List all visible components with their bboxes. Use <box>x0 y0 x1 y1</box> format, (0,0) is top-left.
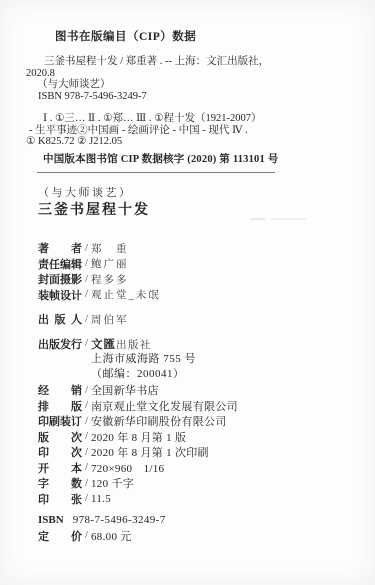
colophon-page: 图书在版编目（CIP）数据 三釜书屋程十发 / 郑重著 . -- 上海：文汇出版… <box>0 0 375 585</box>
row-value: 程多多 <box>91 272 129 287</box>
row-isbn: ISBN 978-7-5496-3249-7 <box>38 513 357 529</box>
cip-record: 三釜书屋程十发 / 郑重著 . -- 上海：文汇出版社， 2020.8 （与大师… <box>38 56 357 102</box>
scan-artifact <box>250 218 306 220</box>
row-word-count: 字数 / 120 千字 <box>38 476 357 492</box>
row-label: 出版人 <box>38 311 82 327</box>
row-typesetting: 排版 / 南京观止堂文化发展有限公司 <box>38 398 357 414</box>
cip-class-line: ① K825.72 ② J212.05 <box>26 136 357 148</box>
row-value: 120 千字 <box>91 475 134 491</box>
row-publishing-house: 出版发行 / 文匯出版社 上海市威海路 755 号 （邮编：200041） <box>38 336 357 383</box>
row-value: 11.5 <box>91 493 111 505</box>
slash-separator: / <box>82 400 91 411</box>
slash-separator: / <box>82 338 91 349</box>
slash-separator: / <box>82 462 91 473</box>
imprint-rows: 著者 / 郑 重 责任编辑 / 鲍广丽 封面摄影 / 程多多 装帧设计 / 观止… <box>38 241 357 544</box>
series-name: （与大师谈艺） <box>38 187 357 200</box>
row-label: 版次 <box>38 429 82 445</box>
row-value: 文匯出版社 <box>91 336 152 352</box>
row-author: 著者 / 郑 重 <box>38 241 357 257</box>
cip-class-line: Ⅰ . ①三… Ⅱ . ①郑… Ⅲ . ①程十发（1921-2007） <box>43 113 357 125</box>
row-value: 观止堂_未氓 <box>91 287 161 302</box>
row-cover-photographer: 封面摄影 / 程多多 <box>38 272 357 288</box>
row-label: 封面摄影 <box>38 271 82 287</box>
row-designer: 装帧设计 / 观止堂_未氓 <box>38 287 357 303</box>
cip-classification: Ⅰ . ①三… Ⅱ . ①郑… Ⅲ . ①程十发（1921-2007） - 生平… <box>38 113 357 148</box>
publisher-logotype: 文匯 <box>91 339 116 351</box>
row-label: 装帧设计 <box>38 287 82 303</box>
cip-registry-number: 中国版本图书馆 CIP 数据核字 (2020) 第 113101 号 <box>43 154 357 166</box>
slash-separator: / <box>82 243 91 254</box>
row-label: 定价 <box>38 528 82 544</box>
slash-separator: / <box>82 274 91 285</box>
slash-separator: / <box>82 431 91 442</box>
row-label: 印刷装订 <box>38 413 82 429</box>
row-value: 南京观止堂文化发展有限公司 <box>91 398 238 414</box>
publisher-line: 出版发行 / 文匯出版社 <box>38 336 357 352</box>
row-label: 字数 <box>38 475 82 491</box>
book-title: 三釜书屋程十发 <box>38 203 357 219</box>
row-value: 2020 年 8 月第 1 次印刷 <box>91 444 209 460</box>
cip-class-line: - 生平事迹②中国画 - 绘画评论 - 中国 - 现代 Ⅳ . <box>29 125 357 137</box>
row-printing: 印刷装订 / 安徽新华印刷股份有限公司 <box>38 414 357 430</box>
row-price: 定价 / 68.00 元 <box>38 528 357 544</box>
cip-record-line: （与大师谈艺） <box>37 79 357 91</box>
row-label: ISBN <box>38 514 64 526</box>
row-value: 郑 重 <box>91 241 129 256</box>
slash-separator: / <box>82 258 91 269</box>
cip-record-line: 三釜书屋程十发 / 郑重著 . -- 上海：文汇出版社， <box>44 56 357 68</box>
slash-separator: / <box>82 447 91 458</box>
row-distribution: 经销 / 全国新华书店 <box>38 383 357 399</box>
row-label: 排版 <box>38 398 82 414</box>
slash-separator: / <box>82 314 91 325</box>
slash-separator: / <box>82 478 91 489</box>
publisher-postcode: （邮编：200041） <box>91 367 357 383</box>
row-value: 鲍广丽 <box>91 256 129 271</box>
row-value: 720×960 1/16 <box>91 460 164 476</box>
publisher-suffix: 出版社 <box>116 340 152 351</box>
cip-heading: 图书在版编目（CIP）数据 <box>55 31 357 43</box>
slash-separator: / <box>82 289 91 300</box>
row-label: 印次 <box>38 444 82 460</box>
slash-separator: / <box>82 385 91 396</box>
row-format: 开本 / 720×960 1/16 <box>38 460 357 476</box>
row-value: 978-7-5496-3249-7 <box>73 514 166 526</box>
publisher-address: 上海市威海路 755 号 <box>91 352 357 368</box>
cip-record-line: 2020.8 <box>26 68 357 80</box>
row-edition: 版次 / 2020 年 8 月第 1 版 <box>38 429 357 445</box>
slash-separator: / <box>82 493 91 504</box>
cip-record-line: ISBN 978-7-5496-3249-7 <box>38 91 357 103</box>
row-value: 2020 年 8 月第 1 版 <box>91 429 186 445</box>
slash-separator: / <box>82 530 91 541</box>
row-label: 著者 <box>38 240 82 256</box>
row-value: 全国新华书店 <box>91 382 159 398</box>
row-label: 印张 <box>38 491 82 507</box>
cip-section: 图书在版编目（CIP）数据 三釜书屋程十发 / 郑重著 . -- 上海：文汇出版… <box>38 31 357 166</box>
row-label: 出版发行 <box>38 336 82 352</box>
row-value: 68.00 元 <box>91 528 132 544</box>
row-label: 经销 <box>38 382 82 398</box>
row-publisher-person: 出版人 / 周伯军 <box>38 312 357 328</box>
row-label: 开本 <box>38 460 82 476</box>
row-value: 安徽新华印刷股份有限公司 <box>91 413 227 429</box>
row-label: 责任编辑 <box>38 256 82 272</box>
slash-separator: / <box>82 416 91 427</box>
row-impression: 印次 / 2020 年 8 月第 1 次印刷 <box>38 445 357 461</box>
row-value: 周伯军 <box>91 312 129 327</box>
row-editor: 责任编辑 / 鲍广丽 <box>38 256 357 272</box>
divider-rule <box>37 172 275 173</box>
row-sheets: 印张 / 11.5 <box>38 491 357 507</box>
